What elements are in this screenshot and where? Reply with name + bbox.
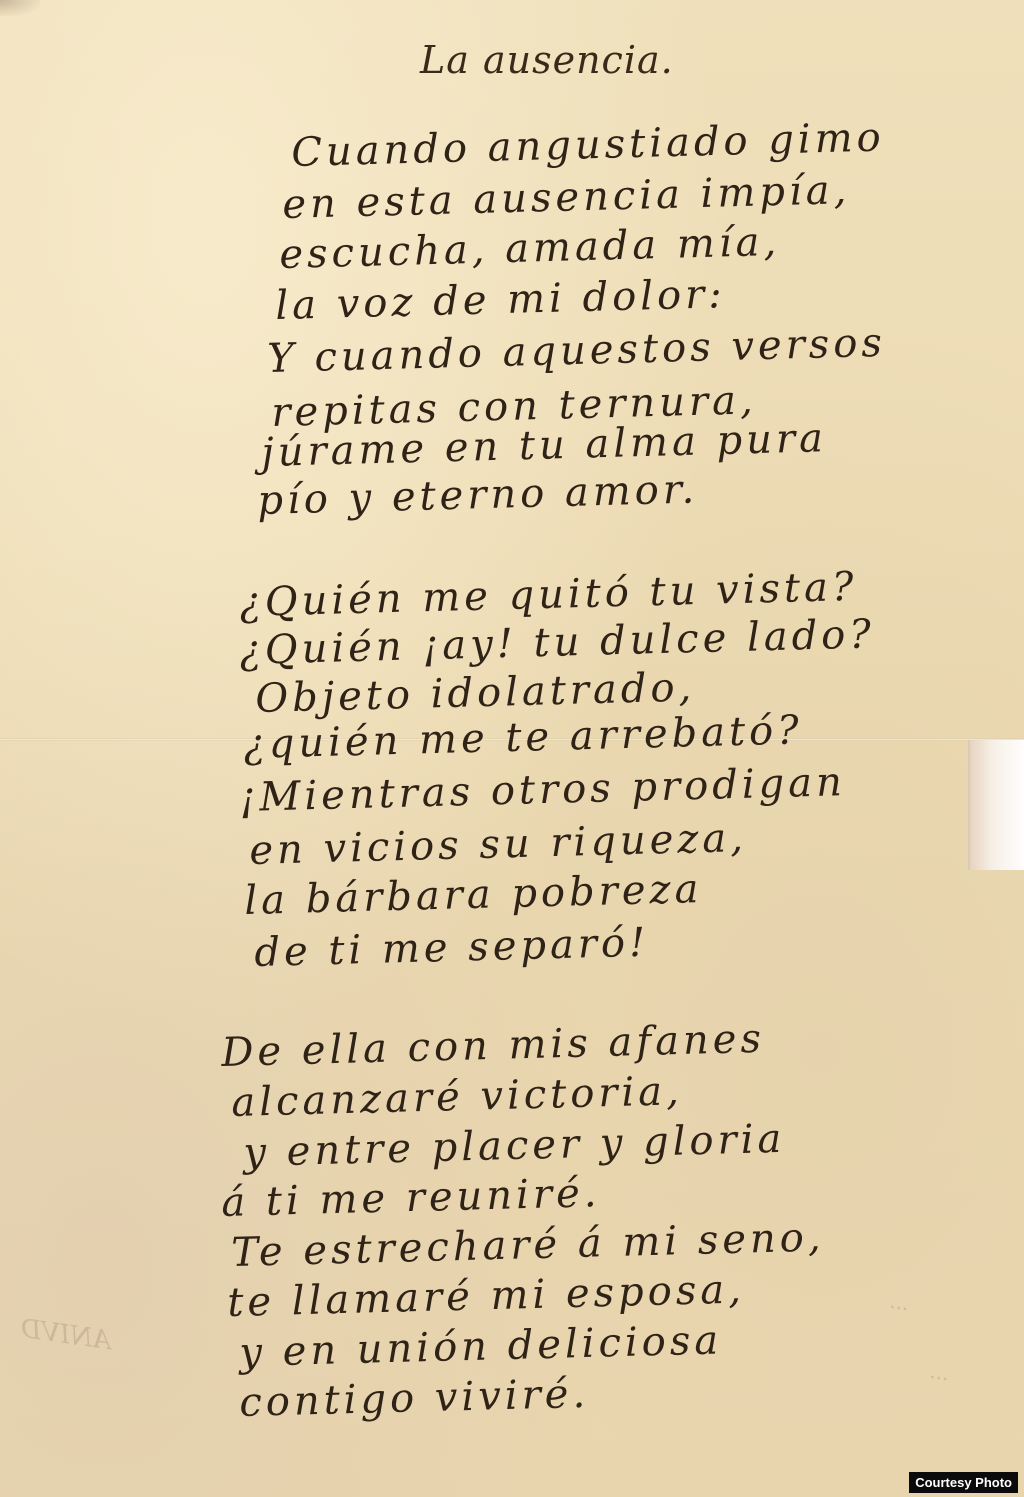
poem-line: la bárbara pobreza bbox=[244, 866, 703, 924]
poem-line: la voz de mi dolor: bbox=[275, 271, 726, 329]
poem-line: pío y eterno amor. bbox=[257, 466, 699, 524]
poem-line: y entre placer y gloria bbox=[243, 1116, 786, 1176]
poem-line: en vicios su riqueza, bbox=[249, 815, 748, 874]
poem-line: á ti me reuniré. bbox=[221, 1170, 601, 1226]
poem-line: Y cuando aquestos versos bbox=[267, 320, 887, 382]
poem-line: te llamaré mi esposa, bbox=[227, 1266, 746, 1326]
poem-title: La ausencia. bbox=[420, 38, 674, 82]
poem-line: ¡Mientras otros prodigan bbox=[239, 759, 847, 821]
photo-credit-label: Courtesy Photo bbox=[909, 1472, 1018, 1493]
poem-line: Cuando angustiado gimo bbox=[291, 114, 885, 176]
poem-line: escucha, amada mía, bbox=[279, 219, 781, 278]
poem-line: De ella con mis afanes bbox=[221, 1016, 766, 1076]
poem-line: contigo viviré. bbox=[239, 1371, 590, 1426]
poem-line: de ti me separó! bbox=[254, 920, 650, 976]
poem-line: y en unión deliciosa bbox=[239, 1317, 723, 1376]
poem-line: alcanzaré victoria, bbox=[231, 1068, 684, 1126]
manuscript: La ausencia. Cuando angustiado gimo en e… bbox=[0, 0, 1024, 1497]
